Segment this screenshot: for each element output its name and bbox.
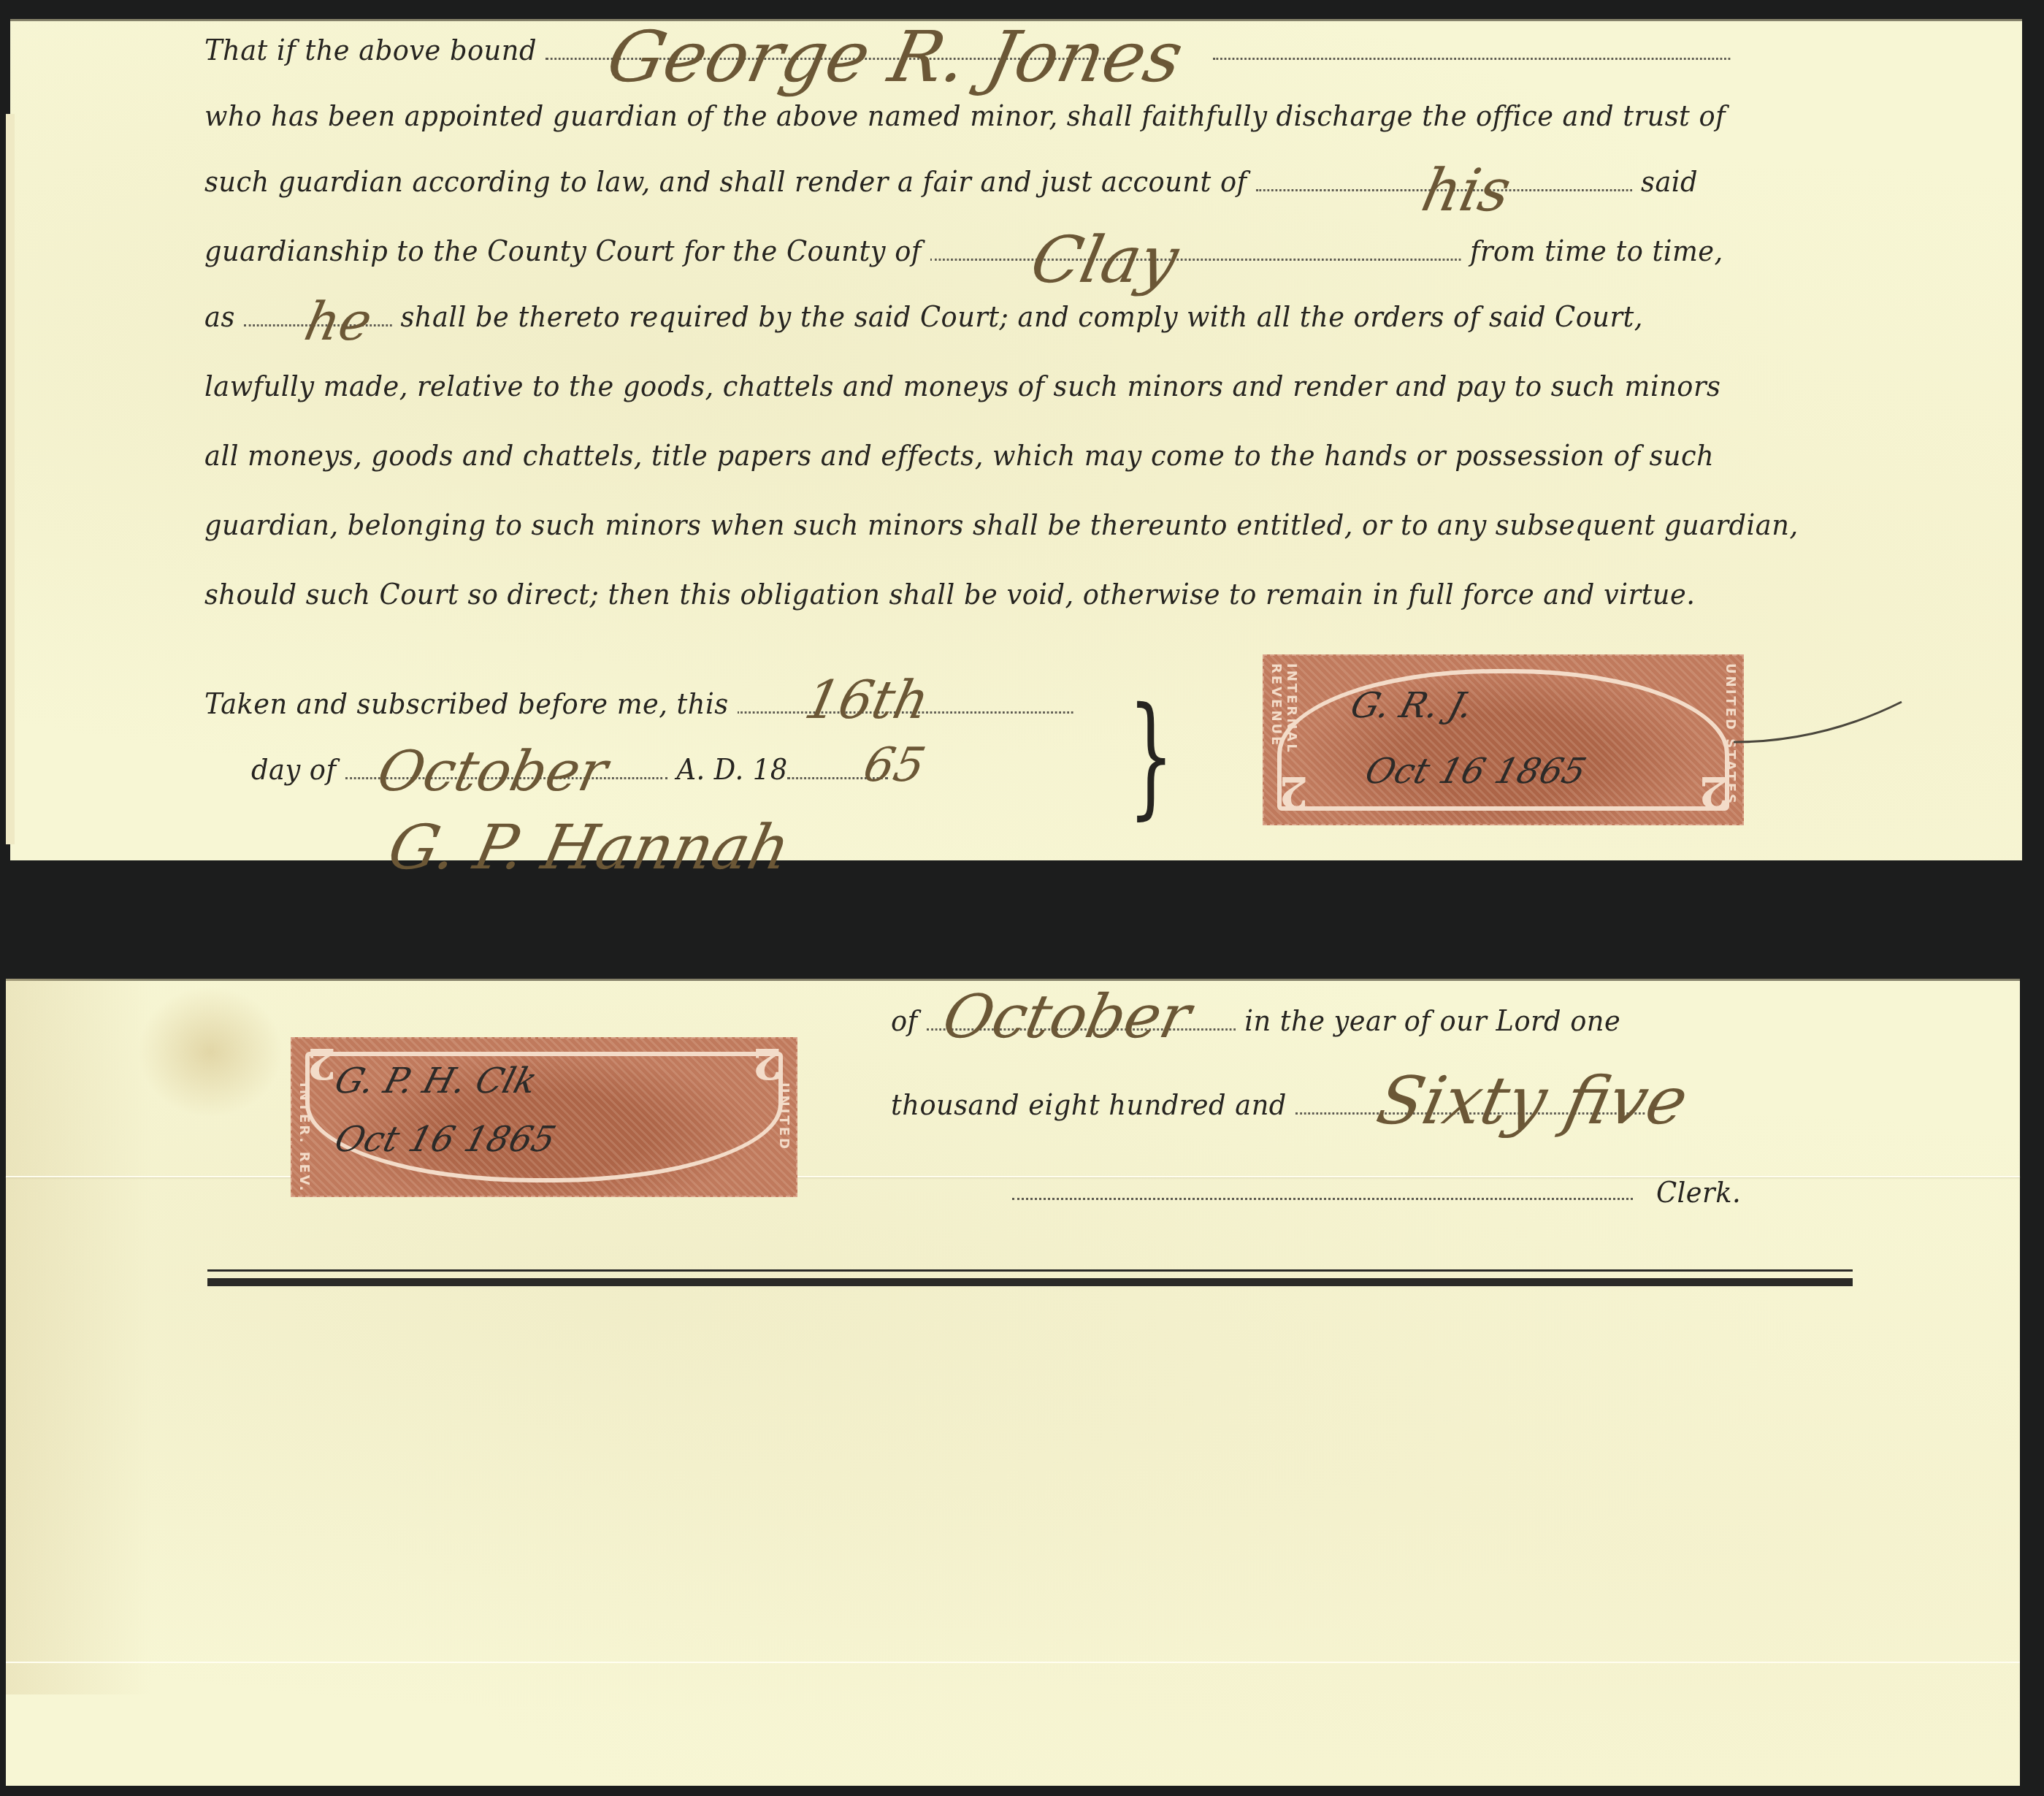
document-sheet-bottom: of in the year of our Lord one October t… — [6, 979, 2020, 1786]
handwritten-year: 65 — [859, 738, 930, 792]
blank-field — [1213, 36, 1730, 60]
handwritten-year: Sixty five — [1371, 1063, 1694, 1139]
stamp-cancel-initials: G. R. J. — [1346, 685, 1477, 726]
handwritten-day: 16th — [800, 669, 935, 730]
bond-line-7: all moneys, goods and chattels, title pa… — [204, 439, 1714, 473]
clerk-signature: G. P. Hannah — [383, 811, 797, 883]
handwritten-he: he — [299, 291, 378, 352]
bond-line-5: as shall be thereto required by the said… — [204, 300, 1643, 334]
handwritten-month: October — [372, 738, 613, 803]
stamp-cancel-date: Oct 16 1865 — [1360, 751, 1590, 792]
document-sheet-top: That if the above bound George R. Jones … — [10, 19, 2022, 860]
bond-line-6: lawfully made, relative to the goods, ch… — [204, 370, 1720, 403]
handwritten-name: George R. Jones — [600, 16, 1190, 98]
divider-thick — [207, 1278, 1853, 1286]
stamp-cancel-initials: G. P. H. Clk — [330, 1061, 541, 1101]
county-field — [930, 237, 1461, 261]
attestation-line-1: Taken and subscribed before me, this — [204, 687, 1073, 721]
bond-line-4: guardianship to the County Court for the… — [204, 234, 1723, 268]
handwritten-month: October — [937, 982, 1197, 1052]
clerk-signature-line — [1012, 1198, 1633, 1200]
paper-edge — [6, 114, 15, 844]
revenue-stamp-bottom: INTER. REV. UNITED 2 2 G. P. H. Clk Oct … — [291, 1037, 797, 1197]
handwritten-his: his — [1416, 156, 1517, 224]
brace: } — [1128, 691, 1174, 822]
revenue-stamp-top: INTERNAL REVENUE UNITED STATES 2 2 G. R.… — [1263, 654, 1744, 825]
fold-line — [6, 1662, 2020, 1663]
handwritten-county: Clay — [1025, 222, 1185, 297]
clerk-label: Clerk. — [1656, 1176, 1741, 1210]
cancel-flourish — [1734, 698, 1909, 757]
bond-line-9: should such Court so direct; then this o… — [204, 578, 1695, 611]
bond-line-8: guardian, belonging to such minors when … — [204, 508, 1799, 542]
divider-thin — [207, 1269, 1853, 1272]
stamp-cancel-date: Oct 16 1865 — [330, 1119, 559, 1160]
bond-line-2: who has been appointed guardian of the a… — [204, 99, 1726, 133]
